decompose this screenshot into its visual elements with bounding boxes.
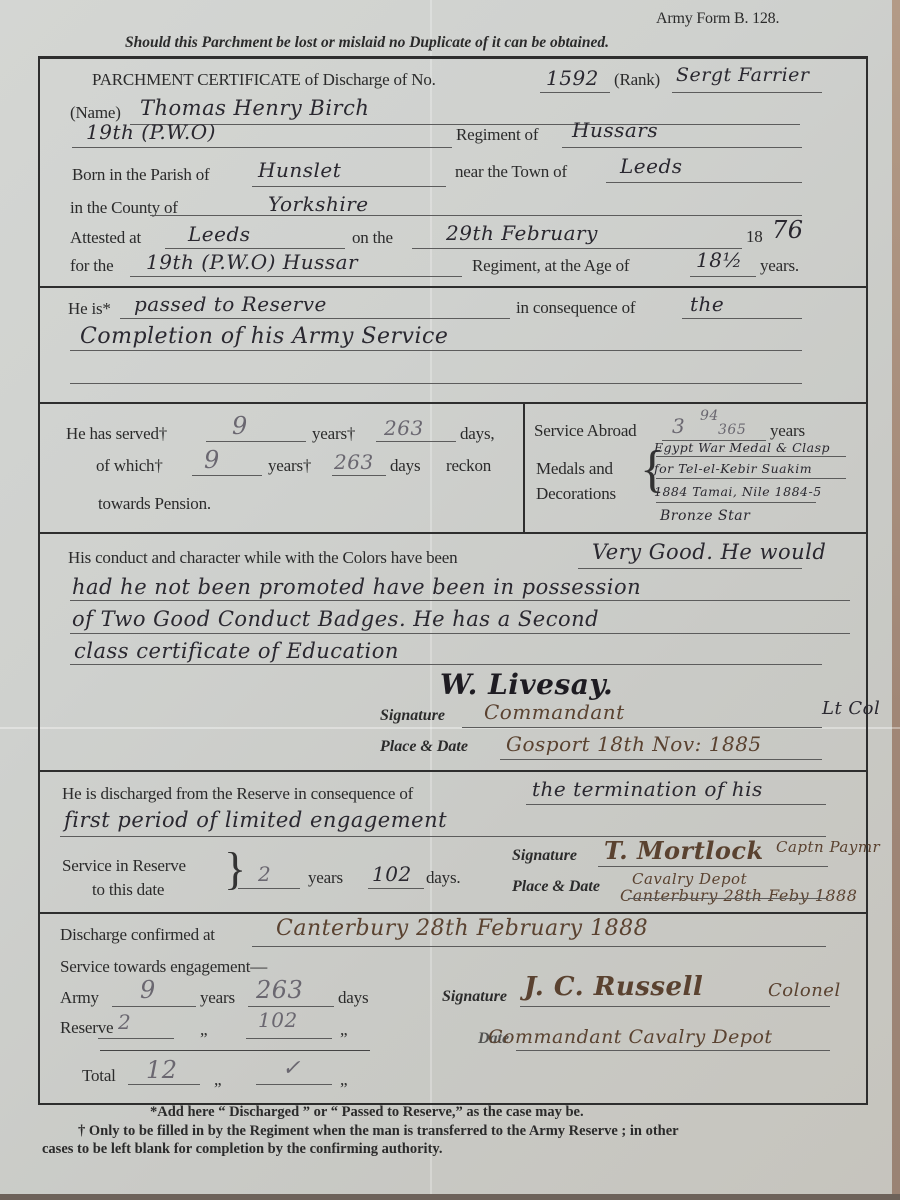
years-label: years <box>308 868 343 888</box>
year-prefix: 18 <box>746 227 763 247</box>
dagger-mark: † <box>347 424 355 443</box>
total-years: 12 <box>146 1056 178 1084</box>
army-days: 263 <box>256 976 303 1004</box>
total-label: Total <box>82 1066 116 1086</box>
place-date-label: Place & Date <box>380 738 468 756</box>
reserve-discharge-label: He is discharged from the Reserve in con… <box>62 784 413 804</box>
reserve-years: 2 <box>118 1010 131 1034</box>
service-abroad-label: Service Abroad <box>534 421 636 441</box>
town-label: near the Town of <box>455 162 567 182</box>
reserve-reason-line-2: first period of limited engagement <box>64 808 447 832</box>
signature-label: Signature <box>512 847 577 865</box>
decorations-label: Decorations <box>536 484 616 504</box>
age-label: Regiment, at the Age of <box>472 256 629 276</box>
conduct-line-3: of Two Good Conduct Badges. He has a Sec… <box>72 607 599 631</box>
consequence-line-2: Completion of his Army Service <box>80 324 448 349</box>
reserve-years: 2 <box>258 862 271 886</box>
form-number: Army Form B. 128. <box>656 10 779 28</box>
on-the-label: on the <box>352 228 393 248</box>
conduct-line-2: had he not been promoted have been in po… <box>72 575 641 599</box>
served-label: He has served <box>66 424 159 443</box>
paymaster-signature: T. Mortlock <box>604 836 764 865</box>
army-label: Army <box>60 988 99 1008</box>
regiment-value: Hussars <box>572 118 658 142</box>
pension-years: 9 <box>204 446 220 474</box>
page-shadow <box>0 1194 900 1200</box>
footnote-dagger-cont: cases to be left blank for completion by… <box>42 1141 442 1158</box>
certificate-title: PARCHMENT CERTIFICATE <box>92 70 301 89</box>
footnote-asterisk: *Add here “ Discharged ” or “ Passed to … <box>150 1104 584 1121</box>
service-number: 1592 <box>546 66 599 90</box>
place-line-2: Canterbury 28th Feby 1888 <box>620 886 857 905</box>
brace-icon: } <box>224 846 246 892</box>
rank-value: Sergt Farrier <box>676 64 809 86</box>
engagement-label: Service towards engagement— <box>60 957 267 977</box>
page-edge <box>892 0 900 1200</box>
reserve-days: 102 <box>258 1008 298 1032</box>
years-label: years. <box>760 256 799 276</box>
place-date-label: Place & Date <box>512 878 600 896</box>
medals-line-4: Bronze Star <box>660 508 750 524</box>
reckon-label: reckon <box>446 456 491 476</box>
for-regiment: 19th (P.W.O) Hussar <box>146 250 358 274</box>
commandant-role: Commandant <box>484 700 625 724</box>
ditto-mark: „ <box>340 1070 347 1090</box>
paymaster-title: Captn Paymr <box>776 838 880 856</box>
years-label: years <box>312 424 347 443</box>
attested-date: 29th February <box>446 221 598 245</box>
days-label: days, <box>460 424 494 444</box>
certificate-title-suffix: of Discharge of No. <box>305 70 436 89</box>
medals-label: Medals and <box>536 459 613 479</box>
for-the-label: for the <box>70 256 113 276</box>
total-days-tick: ✓ <box>282 1056 301 1081</box>
to-this-date-label: to this date <box>92 880 164 900</box>
he-is-value: passed to Reserve <box>134 292 327 316</box>
signature-label: Signature <box>380 707 445 725</box>
days-label: days <box>390 456 420 476</box>
commandant-title: Lt Col <box>822 698 880 719</box>
dagger-mark: † <box>154 456 162 475</box>
conduct-line-4: class certificate of Education <box>74 639 399 663</box>
attested-place: Leeds <box>188 222 251 246</box>
parish-label: Born in the Parish of <box>72 165 209 185</box>
consequence-line-1: the <box>690 292 724 316</box>
attested-label: Attested at <box>70 228 141 248</box>
pension-days: 263 <box>334 450 374 474</box>
abroad-fraction-num: 94 <box>700 408 719 424</box>
medals-line-1: Egypt War Medal & Clasp <box>654 440 830 455</box>
rank-label: (Rank) <box>614 70 660 90</box>
county-value: Yorkshire <box>268 192 369 216</box>
served-years: 9 <box>232 412 248 440</box>
discharge-confirmed-label: Discharge confirmed at <box>60 925 215 945</box>
reserve-reason-line-1: the termination of his <box>532 777 763 801</box>
towards-pension-label: towards Pension. <box>98 494 211 514</box>
service-in-reserve-label: Service in Reserve <box>62 856 186 876</box>
medals-line-3: 1884 Tamai, Nile 1884-5 <box>654 484 822 499</box>
colonel-signature: J. C. Russell <box>524 972 703 1002</box>
conduct-label: His conduct and character while with the… <box>68 548 457 568</box>
army-years: 9 <box>140 976 156 1004</box>
ditto-mark: „ <box>214 1070 221 1090</box>
signature-label: Signature <box>442 988 507 1006</box>
reserve-days: 102 <box>372 862 412 886</box>
ditto-mark: „ <box>200 1020 207 1040</box>
conduct-line-1: Very Good. He would <box>592 540 826 564</box>
footnote-dagger: † Only to be filled in by the Regiment w… <box>78 1123 679 1140</box>
duplicate-warning: Should this Parchment be lost or mislaid… <box>125 34 609 52</box>
medals-line-2: for Tel-el-Kebir Suakim <box>654 461 812 476</box>
ditto-mark: „ <box>340 1020 347 1040</box>
commandant-signature: W. Livesay. <box>440 668 613 701</box>
he-is-label: He is* <box>68 299 111 319</box>
place-date-value: Gosport 18th Nov: 1885 <box>506 732 762 756</box>
abroad-years-whole: 3 <box>672 414 685 438</box>
days-label: days. <box>426 868 460 888</box>
town-value: Leeds <box>620 154 683 178</box>
days-label: days <box>338 988 368 1008</box>
dagger-mark: † <box>159 424 167 443</box>
years-label: years <box>200 988 235 1008</box>
served-days: 263 <box>384 416 424 440</box>
age-value: 18½ <box>696 248 742 272</box>
regiment-label: Regiment of <box>456 125 538 145</box>
years-label: years <box>268 456 303 475</box>
year-suffix: 76 <box>772 216 804 244</box>
unit-value: 19th (P.W.O) <box>86 120 216 144</box>
colonel-title: Colonel <box>768 980 841 1001</box>
parish-value: Hunslet <box>258 158 341 182</box>
of-which-label: of which <box>96 456 154 475</box>
abroad-fraction-den: 365 <box>718 422 746 438</box>
soldier-name: Thomas Henry Birch <box>140 96 369 120</box>
discharge-confirmed-value: Canterbury 28th February 1888 <box>276 916 648 941</box>
date-value: Commandant Cavalry Depot <box>488 1026 773 1048</box>
abroad-years-label: years <box>770 421 805 441</box>
consequence-label: in consequence of <box>516 298 635 318</box>
reserve-label: Reserve <box>60 1018 113 1038</box>
dagger-mark: † <box>303 456 311 475</box>
